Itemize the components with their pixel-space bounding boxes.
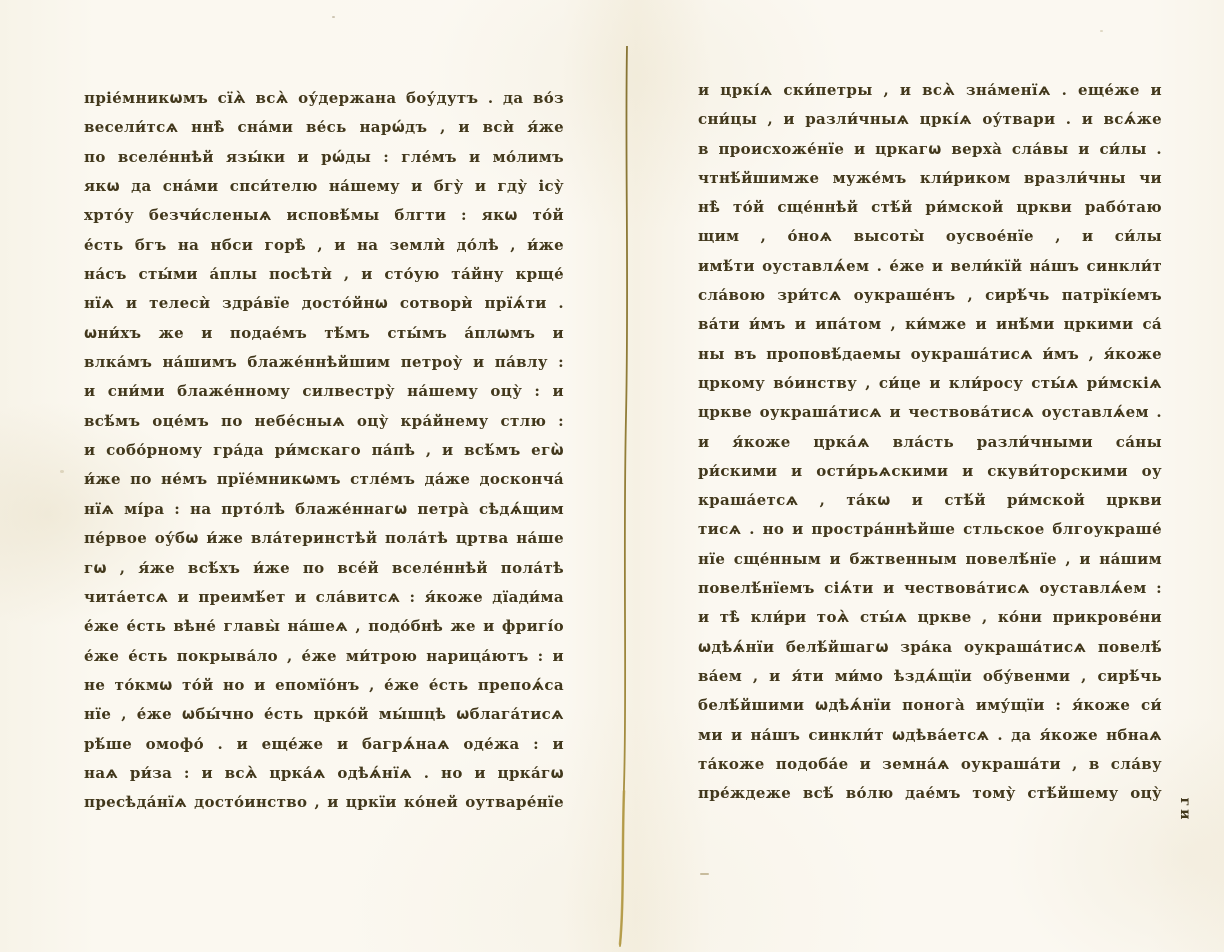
text-line: рѣ́ше омофо́ . и еще́же и багрѧ́наѧ оде́… [84,730,564,759]
paper-speck [700,873,709,875]
text-line: и сни́ми блаже́нному силвестру̀ на́шему … [84,377,564,406]
text-line: гѡ , я́же всѣ́хъ и́же по все́й вселе́ннѣ… [84,554,564,583]
text-line: сла́вою зри́тсѧ оукраше́нъ , сирѣ́чь пат… [698,281,1162,310]
text-line: пресѣда́нїѧ досто́инство , и цркїи ко́не… [84,788,564,817]
paper-speck [332,16,335,18]
text-line: ва́ем , и я́ти ми́мо ѣздѧ́щїи обу́венми … [698,662,1162,691]
paper-speck [60,470,64,473]
right-page-text: и цркі́ѧ ски́петры , и всѧ̀ зна́менїѧ . … [698,76,1162,808]
text-line: влка́мъ на́шимъ блаже́ннѣйшим петроу̀ и … [84,348,564,377]
text-line: чтнѣ́йшимже муже́мъ кли́риком вразли́чны… [698,164,1162,193]
text-line: е́же е́сть покрыва́ло , е́же ми́трою нар… [84,642,564,671]
text-line: повелѣ́нїемъ сіѧ́ти и чествова́тисѧ оуст… [698,574,1162,603]
text-line: нїе , е́же ѡбы́чно е́сть црко́й мы́шцѣ ѡ… [84,700,564,729]
text-line: на́съ сты́ми а́плы посѣтѝ , и сто́ую та́… [84,260,564,289]
text-line: нѣ̀ то́й сще́ннѣй стѣ́й ри́мской цркви р… [698,193,1162,222]
text-line: в происхоже́нїе и цркагѡ верха̀ сла́вы и… [698,135,1162,164]
text-line: ва́ти и́мъ и ипа́том , ки́мже и инѣ́ми ц… [698,310,1162,339]
text-line: пе́рвое оу́бѡ и́же вла́теринстѣй пола́тѣ… [84,524,564,553]
text-line: цркому во́инству , си́це и кли́росу сты́… [698,369,1162,398]
text-line: не то́кмѡ то́й но и епомїо́нъ , е́же е́с… [84,671,564,700]
text-line: ри́скими и ости́рьѧскими и скуви́торским… [698,457,1162,486]
text-line: и цркі́ѧ ски́петры , и всѧ̀ зна́менїѧ . … [698,76,1162,105]
text-line: е́же е́сть вѣне́ главы̀ на́шеѧ , подо́бн… [84,612,564,641]
text-line: и собо́рному гра́да ри́мскаго па́пѣ , и … [84,436,564,465]
text-line: всѣ́мъ оце́мъ по небе́сныѧ оцу̀ кра́йнем… [84,407,564,436]
text-line: якѡ да сна́ми спси́телю на́шему и бгу̀ и… [84,172,564,201]
text-line: имѣ́ти оуставлѧ́ем . е́же и вели́кїй на́… [698,252,1162,281]
text-line: пре́ждеже всѣ́ во́лю дае́мъ тому̀ стѣ́йш… [698,779,1162,808]
signature-mark: ги [1173,795,1193,825]
text-line: нїе сще́нным и бжтвенным повелѣ́нїе , и … [698,545,1162,574]
text-line: чита́етсѧ и преимѣ́ет и сла́витсѧ : я́ко… [84,583,564,612]
text-line: и я́коже црка́ѧ вла́сть разли́чными са́н… [698,428,1162,457]
binding-fold-line [598,46,648,952]
text-line: щим , о́ноѧ высоты̀ оусвое́нїе , и си́лы… [698,222,1162,251]
text-line: и́же по не́мъ прїе́мникѡмъ стле́мъ да́же… [84,465,564,494]
text-line: ны въ проповѣ́даемы оукраша́тисѧ и́мъ , … [698,340,1162,369]
text-line: пріе́мникѡмъ сїѧ̀ всѧ̀ оу́держана боу́ду… [84,84,564,113]
text-line: сни́цы , и разли́чныѧ цркі́ѧ оу́твари . … [698,105,1162,134]
paper-speck [1100,30,1103,32]
book-scan: пріе́мникѡмъ сїѧ̀ всѧ̀ оу́держана боу́ду… [0,0,1224,952]
text-line: наѧ ри́за : и всѧ̀ црка́ѧ одѣѧ́нїѧ . но … [84,759,564,788]
left-page-text: пріе́мникѡмъ сїѧ̀ всѧ̀ оу́держана боу́ду… [84,84,564,818]
text-line: нїѧ мі́ра : на прто́лѣ блаже́ннагѡ петра… [84,495,564,524]
text-line: ѡни́хъ же и подае́мъ тѣ́мъ сты́мъ а́плѡм… [84,319,564,348]
text-line: краша́етсѧ , та́кѡ и стѣ́й ри́мской цркв… [698,486,1162,515]
text-line: белѣ́йшими ѡдѣѧ́нїи понога̀ иму́щїи : я́… [698,691,1162,720]
text-line: и тѣ̀ кли́ри тоѧ̀ сты́ѧ цркве , ко́ни пр… [698,603,1162,632]
text-line: тисѧ . но и простра́ннѣйше стльское блго… [698,515,1162,544]
text-line: по вселе́ннѣй язы́ки и рѡ́ды : гле́мъ и … [84,143,564,172]
text-line: нїѧ и телесѝ здра́вїе досто́йнѡ сотворѝ … [84,289,564,318]
text-line: ѡдѣѧ́нїи белѣ́йшагѡ зра́ка оукраша́тисѧ … [698,633,1162,662]
text-line: ми и на́шъ синкли́т ѡдѣва́етсѧ . да я́ко… [698,721,1162,750]
text-line: хрто́у безчи́сленыѧ исповѣ́мы блгти : як… [84,201,564,230]
text-line: весели́тсѧ ннѣ̀ сна́ми ве́сь нарѡ́дъ , и… [84,113,564,142]
text-line: та́коже подоба́е и земна́ѧ оукраша́ти , … [698,750,1162,779]
text-line: цркве оукраша́тисѧ и чествова́тисѧ оуста… [698,398,1162,427]
text-line: е́сть бгъ на нбси горѣ̀ , и на землѝ до́… [84,231,564,260]
